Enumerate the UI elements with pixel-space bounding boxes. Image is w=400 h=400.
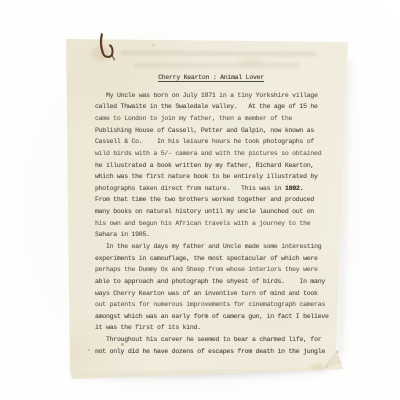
typed-line: Throughout his career he seemed to bear … — [95, 334, 327, 346]
typed-line: many books on natural history until my u… — [95, 206, 327, 218]
typed-line: From that time the two brothers worked t… — [95, 194, 327, 206]
typed-line: wild birds with a 5/- camera and with th… — [95, 148, 327, 160]
document-title: Cherry Kearton : Animal Lover — [95, 72, 327, 84]
paragraph: In the early days my father and Uncle ma… — [95, 241, 327, 334]
typed-line: able to approach and photograph the shye… — [95, 276, 327, 288]
typed-line: his own and begun his African travels wi… — [95, 218, 327, 230]
foxing-spot — [88, 349, 90, 351]
foxing-spot — [238, 58, 264, 65]
paragraph: My Uncle was born on July 1871 in a tiny… — [95, 90, 327, 241]
typed-line: In the early days my father and Uncle ma… — [95, 241, 327, 253]
typed-text-block: Cherry Kearton : Animal Lover My Uncle w… — [95, 72, 327, 357]
rusty-paper-fastener-icon — [97, 31, 116, 62]
typed-line: My Uncle was born on July 1871 in a tiny… — [95, 90, 327, 102]
paragraph: Throughout his career he seemed to bear … — [95, 334, 327, 357]
typed-line: perhaps the Dummy Ox and Sheep from whos… — [95, 264, 327, 276]
foxing-spot — [152, 44, 155, 46]
typed-line: Sahara in 1905. — [95, 229, 327, 241]
typed-line: ways Cherry Kearton was of an inventive … — [95, 288, 327, 300]
show-through-ghost-text — [120, 50, 316, 56]
typed-line: Publishing House of Cassell, Petter and … — [95, 125, 327, 137]
typed-line-fragment: photographs taken direct from nature. Th… — [95, 185, 285, 192]
typed-line: came to London to join my father, then a… — [95, 113, 327, 125]
photo-of-typescript-page: Cherry Kearton : Animal Lover My Uncle w… — [0, 0, 400, 400]
typed-line: out patents for numerous improvements fo… — [95, 299, 327, 311]
typed-line: called Thwaite in the Swaledale valley. … — [95, 101, 327, 113]
typed-line: not only did he have dozens of escapes f… — [95, 346, 327, 358]
typed-line: photographs taken direct from nature. Th… — [95, 183, 327, 195]
overstruck-year: 1892. — [285, 185, 303, 192]
typed-line: amongst which was an early form of camer… — [95, 311, 327, 323]
typed-line: it was the first of its kind. — [95, 322, 327, 334]
typed-line: Cassell & Co. In his leisure hours he to… — [95, 136, 327, 148]
foxing-spot — [311, 363, 324, 371]
show-through-ghost-text — [134, 63, 300, 68]
typed-line: which was the first nature book to be en… — [95, 171, 327, 183]
typed-line: he illustrated a book written by my fath… — [95, 160, 327, 172]
typed-line: experiments in camouflage, the most spec… — [95, 253, 327, 265]
